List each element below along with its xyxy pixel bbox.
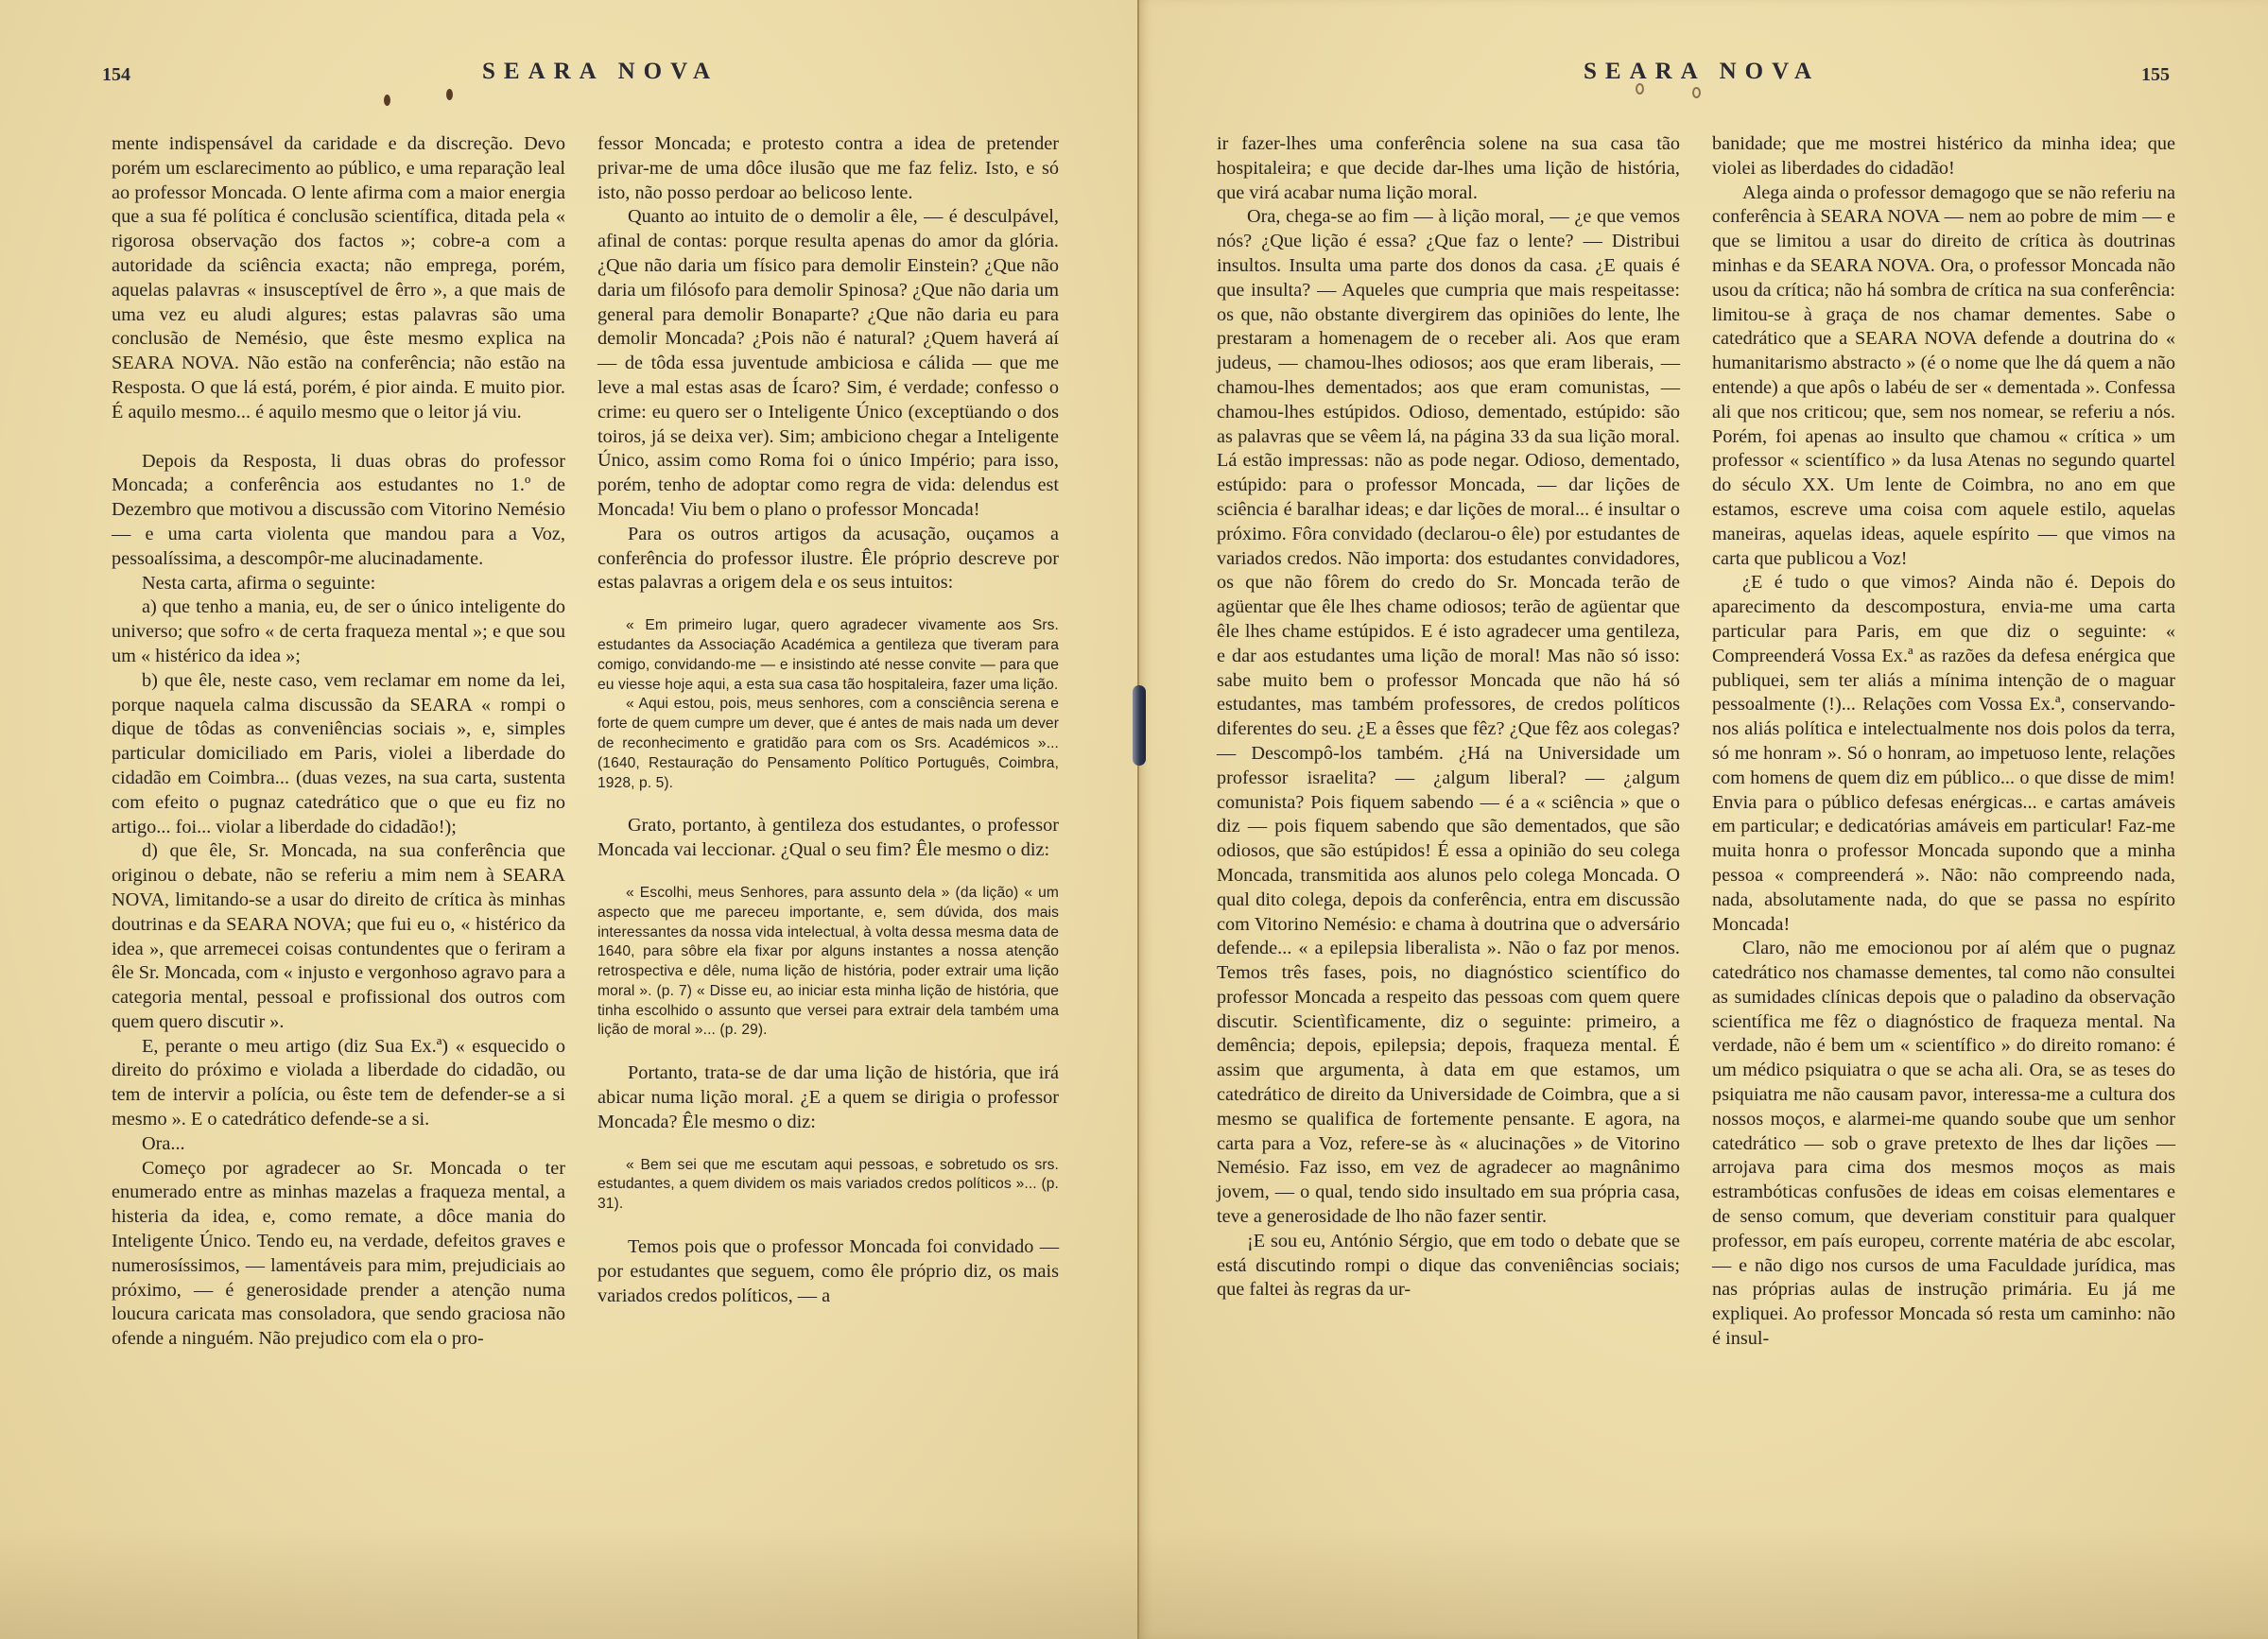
paragraph: Depois da Resposta, li duas obras do pro… bbox=[112, 450, 565, 572]
text-column-1: mente indispensável da caridade e da dis… bbox=[112, 132, 565, 1352]
paragraph: d) que êle, Sr. Moncada, na sua conferên… bbox=[112, 839, 565, 1034]
paragraph: Ora... bbox=[112, 1132, 565, 1157]
text-column-2: fessor Moncada; e protesto contra a idea… bbox=[597, 132, 1059, 1308]
paragraph: banidade; que me mostrei histérico da mi… bbox=[1712, 132, 2175, 181]
paragraph: Alega ainda o professor demagogo que se … bbox=[1712, 181, 2175, 572]
left-page: 154 SEARA NOVA mente indispensável da ca… bbox=[0, 0, 1139, 1639]
paragraph: Para os outros artigos da acusação, ouça… bbox=[597, 523, 1059, 595]
punch-hole-mark bbox=[384, 95, 390, 106]
paragraph: mente indispensável da caridade e da dis… bbox=[112, 132, 565, 425]
paragraph: a) que tenho a mania, eu, de ser o único… bbox=[112, 595, 565, 668]
paragraph: Grato, portanto, à gentileza dos estudan… bbox=[597, 814, 1059, 863]
open-journal-spread: 154 SEARA NOVA mente indispensável da ca… bbox=[0, 0, 2268, 1639]
paragraph: fessor Moncada; e protesto contra a idea… bbox=[597, 132, 1059, 205]
staple bbox=[1133, 685, 1146, 766]
text-column-2: banidade; que me mostrei histérico da mi… bbox=[1712, 132, 2175, 1352]
block-quote: « Aqui estou, pois, meus senhores, com a… bbox=[597, 695, 1059, 793]
paragraph: Ora, chega-se ao fim — à lição moral, — … bbox=[1217, 205, 1680, 1229]
running-head: SEARA NOVA bbox=[1584, 59, 1820, 85]
punch-hole-mark bbox=[1636, 83, 1644, 95]
paragraph: Quanto ao intuito de o demolir a êle, — … bbox=[597, 205, 1059, 522]
paragraph: ir fazer-lhes uma conferência solene na … bbox=[1217, 132, 1680, 205]
paragraph: Nesta carta, afirma o seguinte: bbox=[112, 572, 565, 596]
page-shadow bbox=[0, 1526, 1137, 1639]
block-quote: « Bem sei que me escutam aqui pessoas, e… bbox=[597, 1156, 1059, 1215]
paragraph: E, perante o meu artigo (diz Sua Ex.ª) «… bbox=[112, 1035, 565, 1132]
block-quote: « Escolhi, meus Senhores, para assunto d… bbox=[597, 884, 1059, 1041]
page-shadow bbox=[1139, 1526, 2268, 1639]
right-page: SEARA NOVA 155 ir fazer-lhes uma conferê… bbox=[1139, 0, 2268, 1639]
paragraph: Começo por agradecer ao Sr. Moncada o te… bbox=[112, 1157, 565, 1352]
paragraph: Portanto, trata-se de dar uma lição de h… bbox=[597, 1061, 1059, 1134]
paragraph: Claro, não me emocionou por aí além que … bbox=[1712, 937, 2175, 1352]
running-head: SEARA NOVA bbox=[482, 59, 718, 85]
text-column-1: ir fazer-lhes uma conferência solene na … bbox=[1217, 132, 1680, 1303]
punch-hole-mark bbox=[1692, 87, 1701, 98]
paragraph: ¿E é tudo o que vimos? Ainda não é. Depo… bbox=[1712, 571, 2175, 937]
paragraph: b) que êle, neste caso, vem reclamar em … bbox=[112, 669, 565, 840]
block-quote: « Em primeiro lugar, quero agradecer viv… bbox=[597, 616, 1059, 695]
paragraph: ¡E sou eu, António Sérgio, que em todo o… bbox=[1217, 1230, 1680, 1303]
paragraph: Temos pois que o professor Moncada foi c… bbox=[597, 1235, 1059, 1308]
page-number: 154 bbox=[102, 64, 130, 86]
page-number: 155 bbox=[2141, 64, 2170, 86]
punch-hole-mark bbox=[446, 89, 453, 100]
